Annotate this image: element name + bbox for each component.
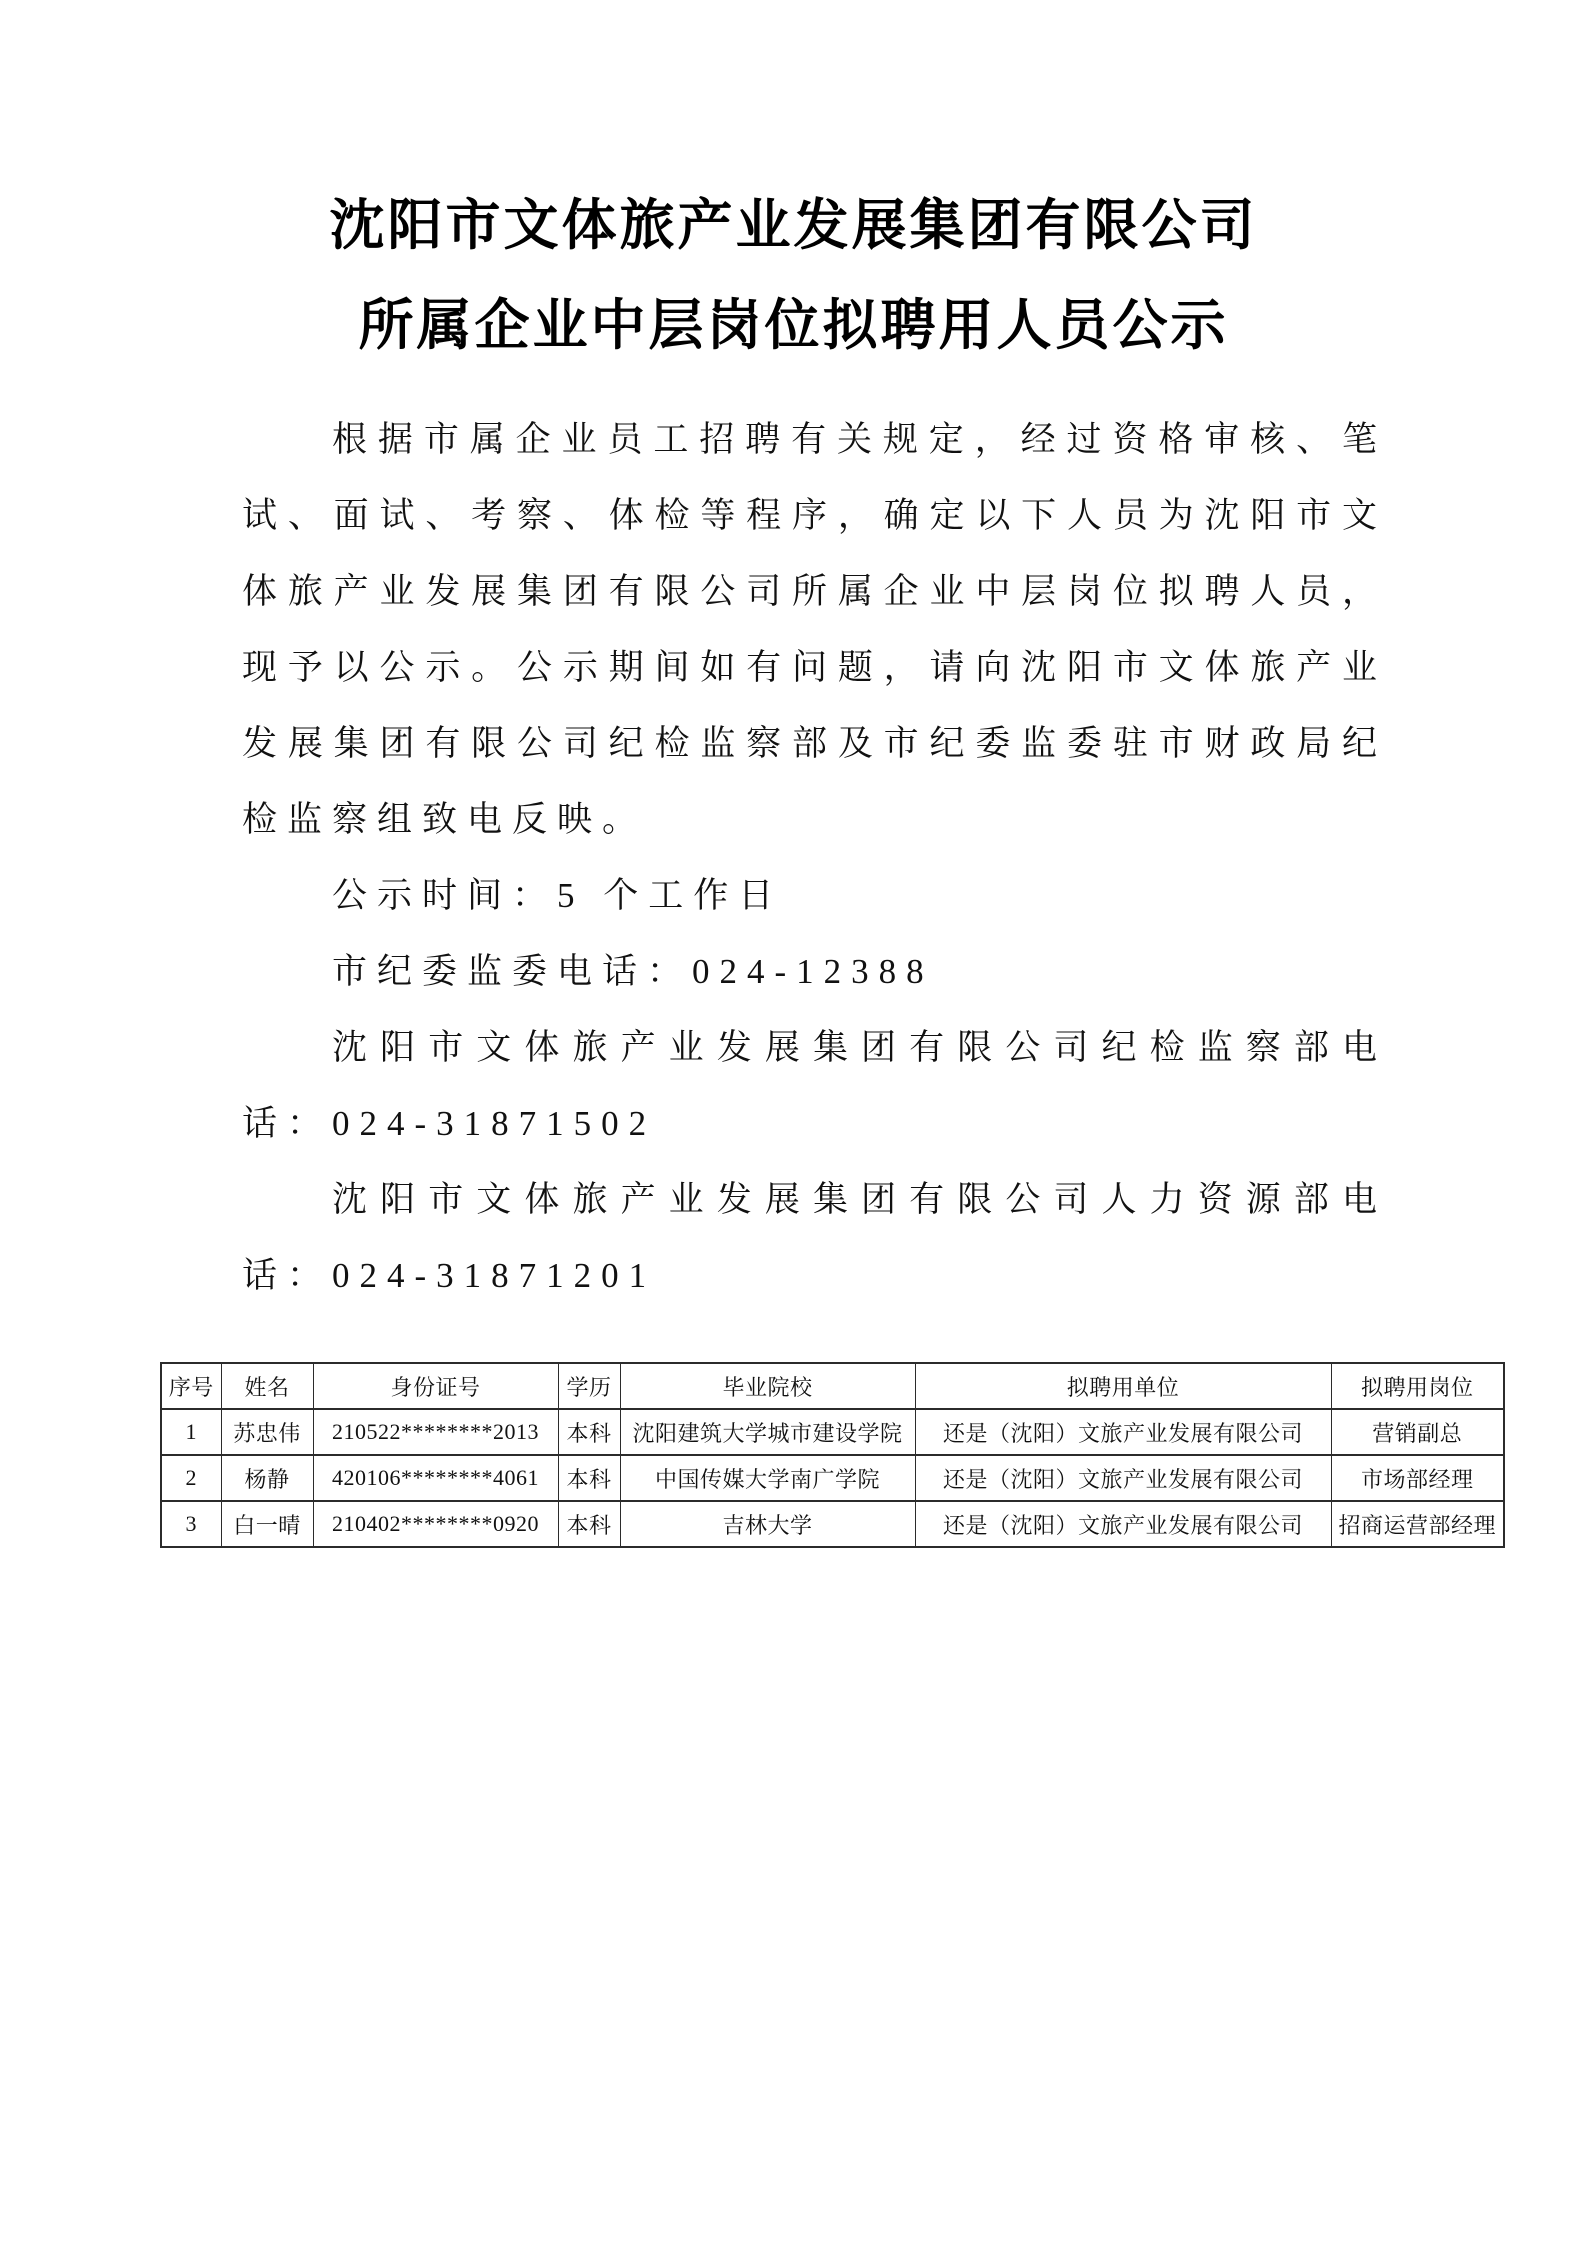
table-cell: 吉林大学 <box>620 1501 915 1547</box>
table-cell: 本科 <box>558 1501 620 1547</box>
table-cell: 还是（沈阳）文旅产业发展有限公司 <box>915 1409 1331 1455</box>
applicants-table: 序号姓名身份证号学历毕业院校拟聘用单位拟聘用岗位 1苏忠伟210522*****… <box>160 1362 1505 1548</box>
table-cell: 沈阳建筑大学城市建设学院 <box>620 1409 915 1455</box>
table-cell: 市场部经理 <box>1331 1455 1504 1501</box>
table-header-cell: 身份证号 <box>313 1363 558 1409</box>
table-cell: 本科 <box>558 1409 620 1455</box>
table-cell: 招商运营部经理 <box>1331 1501 1504 1547</box>
table-cell: 杨静 <box>221 1455 313 1501</box>
table-cell: 中国传媒大学南广学院 <box>620 1455 915 1501</box>
table-header-cell: 毕业院校 <box>620 1363 915 1409</box>
table-row: 3白一晴210402********0920本科吉林大学还是（沈阳）文旅产业发展… <box>161 1501 1504 1547</box>
table-cell: 营销副总 <box>1331 1409 1504 1455</box>
document-title-line-2: 所属企业中层岗位拟聘用人员公示 <box>60 276 1527 376</box>
table-cell: 白一晴 <box>221 1501 313 1547</box>
document-title: 沈阳市文体旅产业发展集团有限公司 所属企业中层岗位拟聘用人员公示 <box>60 176 1527 376</box>
table-header-row: 序号姓名身份证号学历毕业院校拟聘用单位拟聘用岗位 <box>161 1363 1504 1409</box>
document-page: 沈阳市文体旅产业发展集团有限公司 所属企业中层岗位拟聘用人员公示 根据市属企业员… <box>0 0 1587 2245</box>
commission-phone-line: 市纪委监委电话：024-12388 <box>242 934 1387 1010</box>
document-body: 根据市属企业员工招聘有关规定，经过资格审核、笔试、面试、考察、体检等程序，确定以… <box>242 402 1387 1314</box>
table-header-cell: 学历 <box>558 1363 620 1409</box>
table-cell: 420106********4061 <box>313 1455 558 1501</box>
document-title-line-1: 沈阳市文体旅产业发展集团有限公司 <box>60 176 1527 276</box>
table-cell: 还是（沈阳）文旅产业发展有限公司 <box>915 1501 1331 1547</box>
table-row: 2杨静420106********4061本科中国传媒大学南广学院还是（沈阳）文… <box>161 1455 1504 1501</box>
publicity-period-line: 公示时间：5 个工作日 <box>242 858 1387 934</box>
discipline-dept-phone-line: 沈阳市文体旅产业发展集团有限公司纪检监察部电话：024-31871502 <box>242 1010 1387 1162</box>
table-header-cell: 姓名 <box>221 1363 313 1409</box>
table-header-cell: 拟聘用岗位 <box>1331 1363 1504 1409</box>
hr-dept-phone-line: 沈阳市文体旅产业发展集团有限公司人力资源部电话：024-31871201 <box>242 1162 1387 1314</box>
table-cell: 1 <box>161 1409 221 1455</box>
table-cell: 还是（沈阳）文旅产业发展有限公司 <box>915 1455 1331 1501</box>
table-header-cell: 序号 <box>161 1363 221 1409</box>
table-cell: 210402********0920 <box>313 1501 558 1547</box>
table-cell: 210522********2013 <box>313 1409 558 1455</box>
table-header-cell: 拟聘用单位 <box>915 1363 1331 1409</box>
table-body: 1苏忠伟210522********2013本科沈阳建筑大学城市建设学院还是（沈… <box>161 1409 1504 1547</box>
applicants-table-wrap: 序号姓名身份证号学历毕业院校拟聘用单位拟聘用岗位 1苏忠伟210522*****… <box>160 1362 1587 1548</box>
table-cell: 2 <box>161 1455 221 1501</box>
intro-paragraph: 根据市属企业员工招聘有关规定，经过资格审核、笔试、面试、考察、体检等程序，确定以… <box>242 402 1387 858</box>
table-cell: 本科 <box>558 1455 620 1501</box>
table-cell: 苏忠伟 <box>221 1409 313 1455</box>
table-row: 1苏忠伟210522********2013本科沈阳建筑大学城市建设学院还是（沈… <box>161 1409 1504 1455</box>
table-cell: 3 <box>161 1501 221 1547</box>
